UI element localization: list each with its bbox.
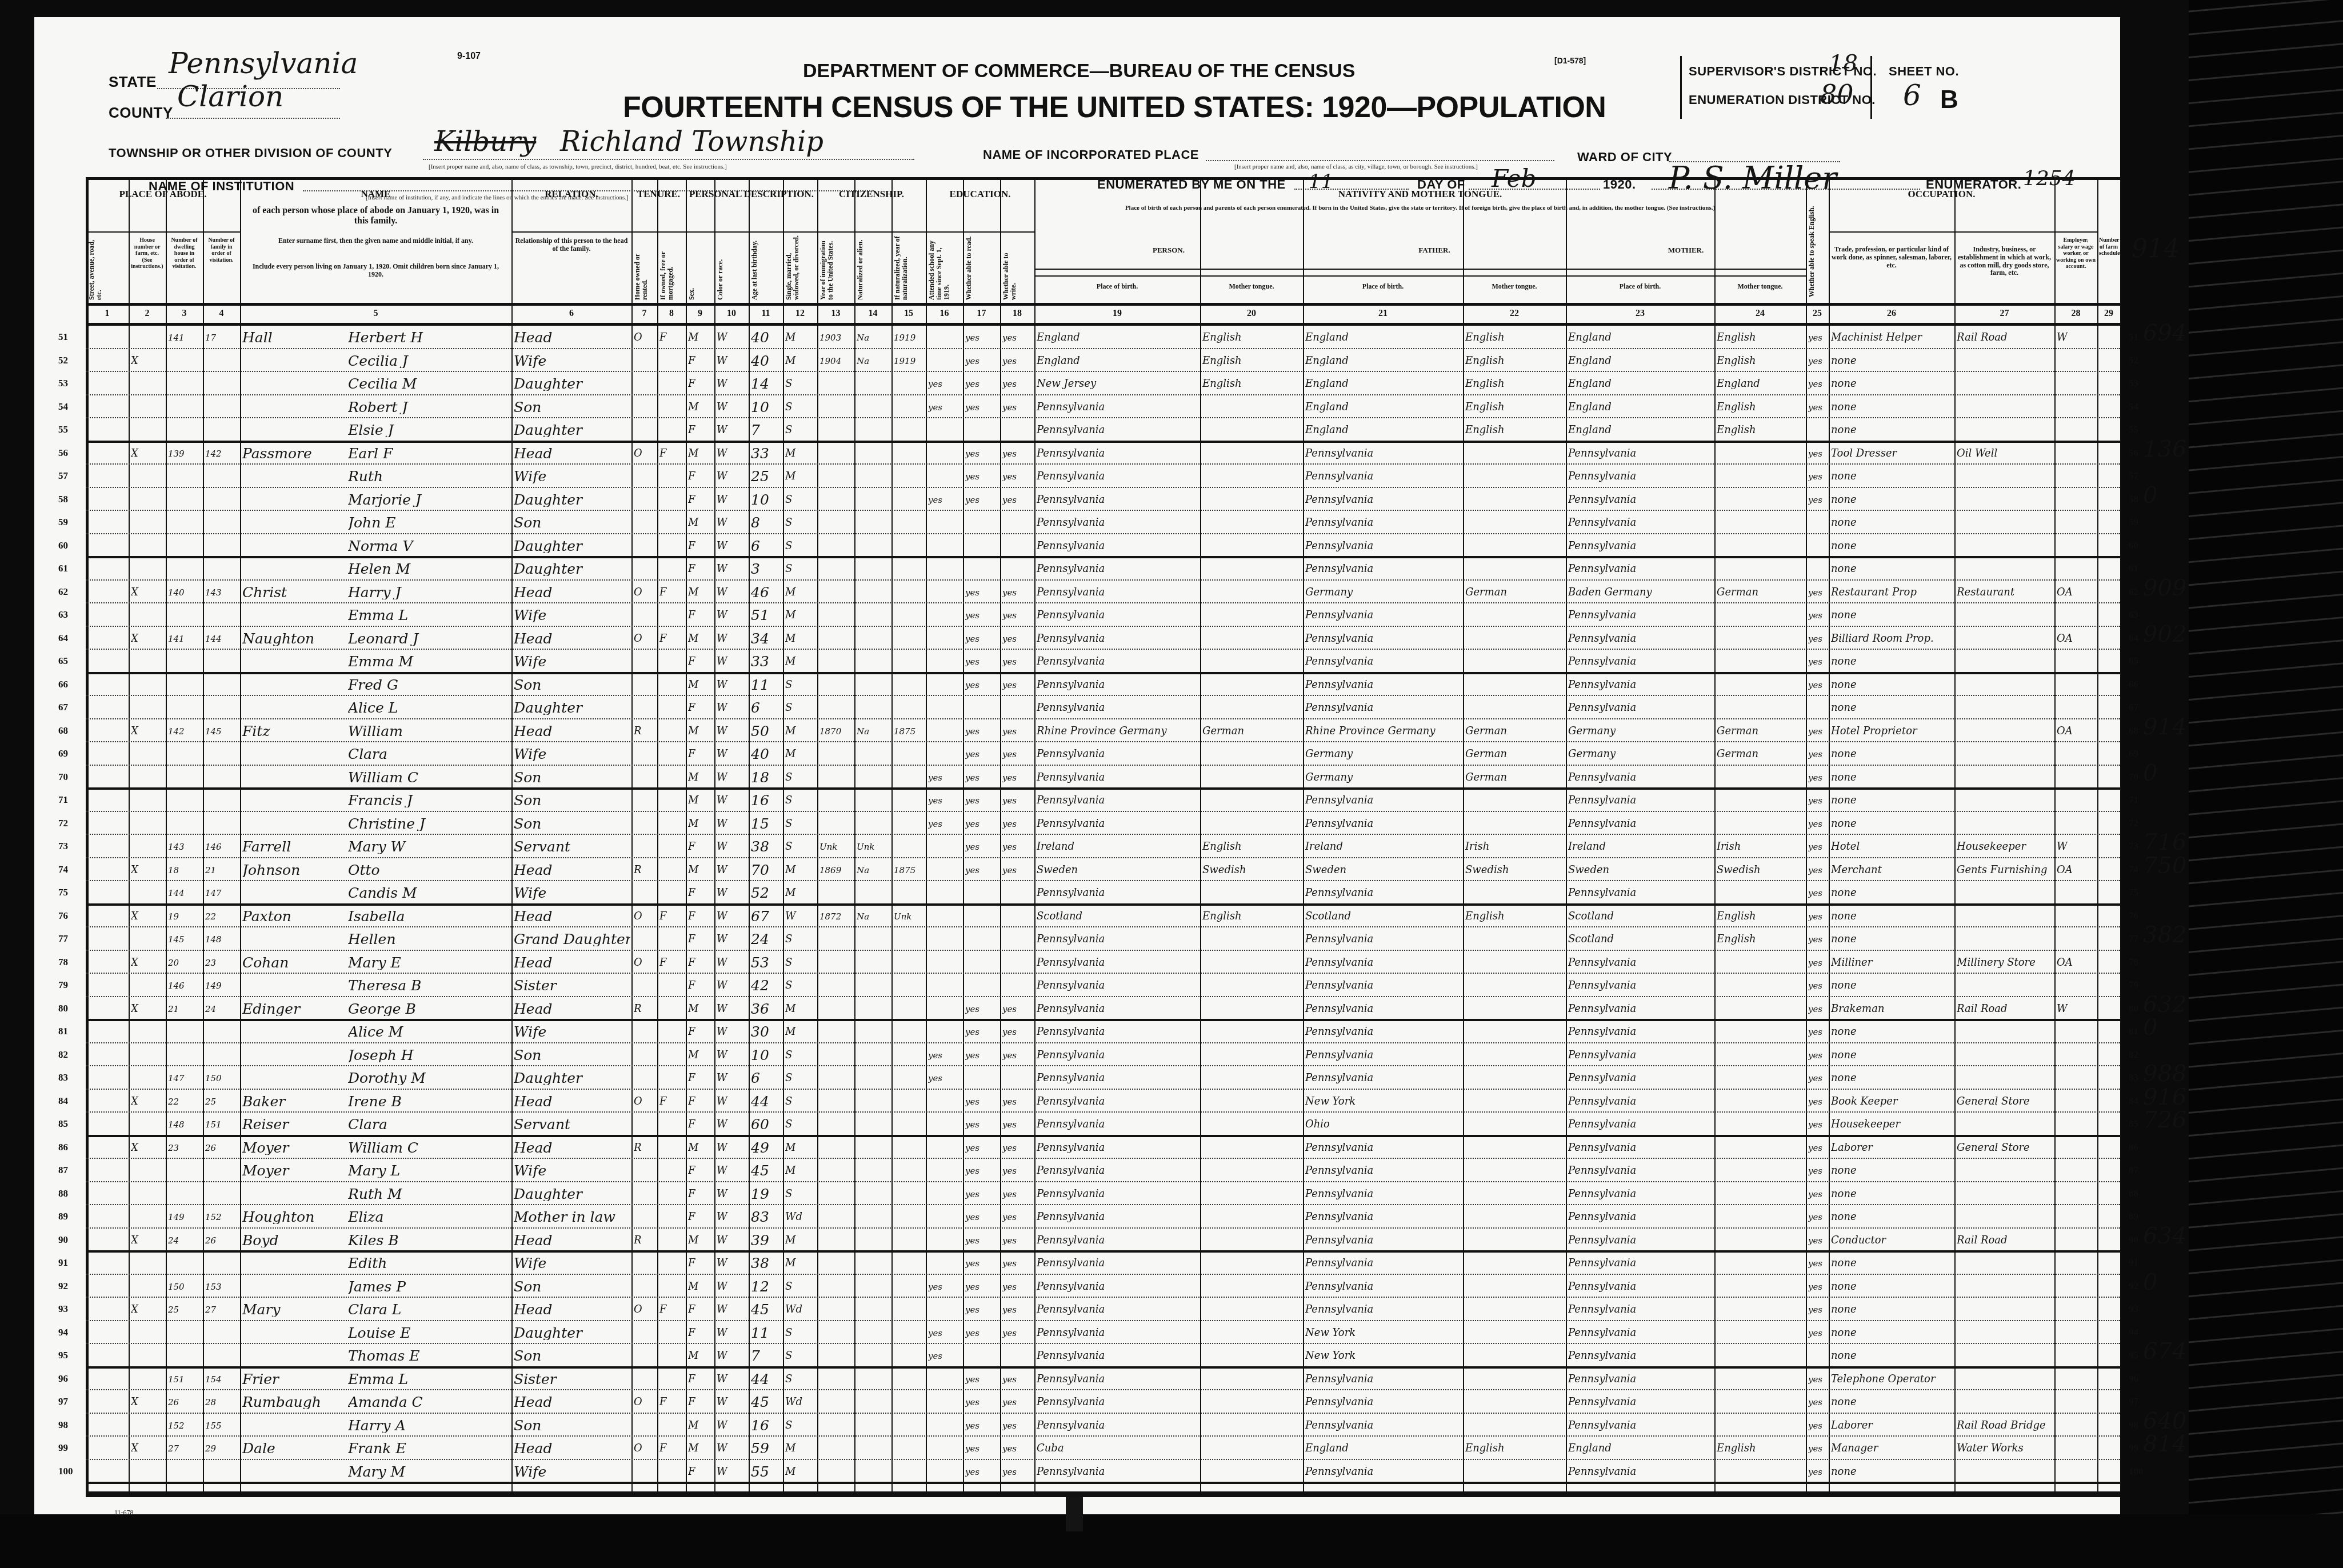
row-race: W [717, 1235, 747, 1246]
row-relation: Grand Daughter [514, 932, 630, 946]
row-age: 45 [751, 1395, 782, 1409]
col-desc-c13: Year of immigration to the United States… [819, 234, 852, 300]
line-number-left: 70 [58, 771, 68, 783]
row-write: yes [1002, 473, 1033, 481]
row-surname: Houghton [242, 1210, 347, 1224]
row-rule [86, 602, 2120, 603]
row-relation: Head [514, 1395, 630, 1409]
row-given: Theresa B [348, 978, 510, 993]
row-nat: Na [857, 913, 890, 921]
table-bottom-rule [86, 1491, 2120, 1494]
row-ftongue: Irish [1465, 842, 1565, 852]
line-number: 74 [2129, 864, 2138, 875]
row-rule [86, 510, 2120, 511]
row-rule [86, 1135, 2120, 1137]
row-given: Irene B [348, 1094, 510, 1109]
column-number: 4 [203, 309, 240, 319]
row-given: Robert J [348, 400, 510, 414]
row-read: yes [965, 1190, 999, 1199]
row-sex: M [688, 773, 713, 783]
row-age: 10 [751, 493, 782, 507]
row-pob: Pennsylvania [1037, 1119, 1199, 1130]
row-given: Francis J [348, 793, 510, 807]
row-english: yes [1808, 982, 1828, 990]
row-marital: S [785, 1119, 816, 1130]
row-pob: England [1037, 356, 1199, 366]
col-desc-c28: Employer, salary or wage worker, or work… [2056, 237, 2096, 270]
row-ftongue: English [1465, 911, 1565, 922]
row-mpob: Pennsylvania [1568, 1050, 1713, 1061]
row-fpob: England [1305, 1443, 1462, 1454]
col-desc-c6: Relationship of this person to the head … [513, 237, 630, 253]
row-pob: Rhine Province Germany [1037, 726, 1199, 737]
row-rule [86, 348, 2120, 349]
row-own: O [634, 958, 656, 968]
row-dwelling: 19 [168, 913, 202, 921]
row-pob: Pennsylvania [1037, 1421, 1199, 1431]
row-mort: F [659, 1097, 685, 1107]
row-mtongue: German [1717, 587, 1805, 598]
row-mpob: Pennsylvania [1568, 564, 1713, 574]
row-race: W [717, 1374, 747, 1385]
row-trade: none [1831, 1258, 1953, 1269]
row-pob: Pennsylvania [1037, 819, 1199, 829]
row-english: yes [1808, 1074, 1828, 1083]
line-number-left: 75 [58, 887, 68, 898]
row-trade: Hotel Proprietor [1831, 726, 1953, 737]
row-write: yes [1002, 1167, 1033, 1175]
row-surname: Frier [242, 1372, 347, 1386]
row-dwelling: 142 [168, 727, 202, 736]
row-mpob: Sweden [1568, 865, 1713, 875]
row-trade: none [1831, 1467, 1953, 1477]
row-dwelling: 150 [168, 1283, 202, 1291]
row-fpob: England [1305, 425, 1462, 435]
row-english: yes [1808, 1329, 1828, 1338]
column-rule [2120, 177, 2121, 1491]
row-read: yes [965, 589, 999, 597]
row-given: Frank E [348, 1441, 510, 1455]
row-mpob: Pennsylvania [1568, 1258, 1713, 1269]
row-write: yes [1002, 1445, 1033, 1453]
row-mpob: Pennsylvania [1568, 1397, 1713, 1407]
row-own: R [634, 1004, 656, 1014]
column-number: 3 [166, 309, 203, 319]
row-mark: X [131, 449, 165, 459]
township-struck: Kilbury [434, 126, 536, 158]
row-trade: none [1831, 934, 1953, 945]
column-number: 25 [1806, 309, 1829, 319]
row-marital: S [785, 564, 816, 574]
row-marital: S [785, 981, 816, 991]
row-ftongue: German [1465, 773, 1565, 783]
row-given: Leonard J [348, 631, 510, 646]
row-dwelling: 145 [168, 935, 202, 944]
row-given: Christine J [348, 817, 510, 831]
row-surname: Hall [242, 330, 347, 345]
row-given: Kiles B [348, 1233, 510, 1247]
row-pob: Ireland [1037, 842, 1199, 852]
row-marital: Wd [785, 1397, 816, 1407]
row-trade: Tool Dresser [1831, 449, 1953, 459]
row-marital: S [785, 402, 816, 413]
row-given: Clara L [348, 1302, 510, 1317]
line-number-left: 91 [58, 1257, 68, 1269]
form-code: [D1-578] [1554, 56, 1586, 65]
row-dwelling: 149 [168, 1213, 202, 1222]
line-number-left: 96 [58, 1373, 68, 1385]
column-group-personal: PERSONAL DESCRIPTION. [686, 189, 817, 200]
row-relation: Wife [514, 886, 630, 900]
row-mpob: Germany [1568, 749, 1713, 759]
row-mtongue: English [1717, 934, 1805, 945]
row-english: yes [1808, 1468, 1828, 1477]
row-mpob: Pennsylvania [1568, 1421, 1713, 1431]
row-relation: Son [514, 770, 630, 785]
row-pob: Sweden [1037, 865, 1199, 875]
row-rule [86, 672, 2120, 674]
row-emp: OA [2057, 587, 2096, 598]
row-english: yes [1808, 935, 1828, 944]
row-immig: 1870 [819, 727, 853, 736]
row-write: yes [1002, 1098, 1033, 1106]
row-marital: M [785, 1235, 816, 1246]
row-fpob: Pennsylvania [1305, 518, 1462, 528]
row-natyr: 1919 [894, 334, 925, 342]
line-number: 82 [2129, 1049, 2138, 1061]
row-write: yes [1002, 380, 1033, 389]
row-mtongue: German [1717, 749, 1805, 759]
row-marital: M [785, 634, 816, 644]
row-mpob: Pennsylvania [1568, 634, 1713, 644]
row-trade: Merchant [1831, 865, 1953, 875]
row-mpob: Pennsylvania [1568, 1328, 1713, 1338]
row-sex: M [688, 1050, 713, 1061]
row-write: yes [1002, 727, 1033, 736]
row-mpob: Pennsylvania [1568, 1073, 1713, 1083]
sheet-side: B [1940, 86, 1958, 114]
row-rule [86, 649, 2120, 650]
margin-annotation: 0 [2143, 1014, 2157, 1041]
row-sex: F [688, 356, 713, 366]
row-age: 55 [751, 1465, 782, 1479]
row-relation: Son [514, 400, 630, 414]
row-trade: Hotel [1831, 842, 1953, 852]
row-write: yes [1002, 1144, 1033, 1153]
line-number-left: 69 [58, 748, 68, 759]
margin-annotation: 632 [2143, 991, 2186, 1018]
row-immig: 1872 [819, 913, 853, 921]
column-number: 20 [1200, 309, 1303, 319]
column-group-abode: PLACE OF ABODE. [86, 189, 240, 200]
row-sex: M [688, 449, 713, 459]
row-mpob: Scotland [1568, 934, 1713, 945]
col-desc-c10: Color or race. [717, 234, 746, 300]
header-rule [86, 323, 2120, 326]
row-pob: Pennsylvania [1037, 634, 1199, 644]
row-mtongue: English [1717, 333, 1805, 343]
row-write: yes [1002, 820, 1033, 829]
line-number-left: 62 [58, 586, 68, 598]
row-age: 42 [751, 978, 782, 993]
row-dwelling: 152 [168, 1422, 202, 1430]
row-trade: none [1831, 1050, 1953, 1061]
row-race: W [717, 1443, 747, 1454]
line-number: 100 [2129, 1466, 2144, 1477]
row-pob: Pennsylvania [1037, 981, 1199, 991]
row-age: 53 [751, 955, 782, 970]
group-rule [1034, 269, 1806, 270]
row-write: yes [1002, 843, 1033, 851]
row-rule [86, 626, 2120, 627]
row-read: yes [965, 1329, 999, 1338]
row-dwelling: 146 [168, 982, 202, 990]
line-number: 71 [2129, 794, 2138, 806]
row-pob: Pennsylvania [1037, 1374, 1199, 1385]
row-mpob: Pennsylvania [1568, 1143, 1713, 1153]
row-fpob: Pennsylvania [1305, 1143, 1462, 1153]
row-mort: F [659, 333, 685, 343]
row-age: 50 [751, 724, 782, 738]
row-mtongue: Swedish [1717, 865, 1805, 875]
margin-annotation: 716 [2143, 829, 2186, 855]
row-fpob: Pennsylvania [1305, 1235, 1462, 1246]
row-fpob: Pennsylvania [1305, 1467, 1462, 1477]
row-english: yes [1808, 589, 1828, 597]
row-given: Dorothy M [348, 1071, 510, 1085]
column-number: 11 [749, 309, 783, 319]
line-number-left: 77 [58, 933, 68, 945]
row-pob: Pennsylvania [1037, 1467, 1199, 1477]
row-mpob: Pennsylvania [1568, 1351, 1713, 1361]
column-group-nativity: NATIVITY AND MOTHER TONGUE. [1034, 189, 1806, 200]
row-marital: S [785, 425, 816, 435]
row-mtongue: Irish [1717, 842, 1805, 852]
row-fpob: Pennsylvania [1305, 795, 1462, 806]
row-read: yes [965, 1121, 999, 1129]
margin-annotation: 750 [2143, 853, 2186, 879]
line-number: 73 [2129, 841, 2138, 852]
row-tongue: English [1202, 842, 1302, 852]
row-race: W [717, 634, 747, 644]
row-pob: Pennsylvania [1037, 449, 1199, 459]
row-fpob: Pennsylvania [1305, 1166, 1462, 1176]
row-write: yes [1002, 611, 1033, 620]
row-sex: F [688, 1212, 713, 1222]
row-mpob: Ireland [1568, 842, 1713, 852]
row-trade: Milliner [1831, 958, 1953, 968]
line-number-left: 66 [58, 679, 68, 690]
line-number: 80 [2129, 1003, 2138, 1014]
row-fpob: Pennsylvania [1305, 934, 1462, 945]
row-read: yes [965, 1051, 999, 1060]
line-number-left: 95 [58, 1350, 68, 1361]
row-rule [86, 1204, 2120, 1205]
row-english: yes [1808, 889, 1828, 898]
row-own: O [634, 1397, 656, 1407]
line-number-left: 61 [58, 563, 68, 574]
state-label: STATE [109, 73, 157, 91]
row-relation: Servant [514, 1117, 630, 1131]
row-english: yes [1808, 334, 1828, 342]
line-number: 97 [2129, 1396, 2138, 1407]
row-marital: M [785, 865, 816, 875]
row-family: 26 [205, 1144, 239, 1153]
row-race: W [717, 680, 747, 690]
row-read: yes [965, 496, 999, 505]
margin-annotation: 674 [2143, 1338, 2186, 1365]
row-given: Herbert H [348, 330, 510, 345]
row-rule [86, 1250, 2120, 1253]
row-rule [86, 1089, 2120, 1090]
top-margin-note: 914 [2132, 234, 2180, 263]
row-dwelling: 143 [168, 843, 202, 851]
row-relation: Son [514, 678, 630, 692]
column-group-citizenship: CITIZENSHIP. [817, 189, 926, 200]
row-race: W [717, 1097, 747, 1107]
row-given: Marjorie J [348, 493, 510, 507]
row-fpob: Pennsylvania [1305, 610, 1462, 621]
margin-annotation: 136 [2143, 436, 2186, 462]
row-pob: Pennsylvania [1037, 749, 1199, 759]
row-given: Louise E [348, 1326, 510, 1340]
row-race: W [717, 1166, 747, 1176]
line-number-left: 94 [58, 1327, 68, 1338]
row-sex: M [688, 1443, 713, 1454]
row-rule [86, 487, 2120, 488]
row-trade: Telephone Operator [1831, 1374, 1953, 1385]
row-pob: Pennsylvania [1037, 1143, 1199, 1153]
row-family: 26 [205, 1237, 239, 1245]
row-trade: none [1831, 495, 1953, 505]
row-rule [86, 1158, 2120, 1159]
row-marital: S [785, 1421, 816, 1431]
row-fpob: Sweden [1305, 865, 1462, 875]
row-mpob: Pennsylvania [1568, 703, 1713, 713]
row-school: yes [928, 774, 962, 782]
row-english: yes [1808, 750, 1828, 759]
line-number-left: 79 [58, 979, 68, 991]
row-relation: Head [514, 1441, 630, 1455]
col-desc-c22: Mother tongue. [1465, 283, 1564, 291]
row-mpob: England [1568, 356, 1713, 366]
row-fpob: Pennsylvania [1305, 1073, 1462, 1083]
row-sex: F [688, 1258, 713, 1269]
row-mpob: Pennsylvania [1568, 888, 1713, 898]
row-english: yes [1808, 797, 1828, 805]
row-school: yes [928, 403, 962, 412]
row-trade: none [1831, 1351, 1953, 1361]
row-mpob: Baden Germany [1568, 587, 1713, 598]
row-dwelling: 148 [168, 1121, 202, 1129]
row-rule [86, 371, 2120, 372]
line-number-left: 68 [58, 725, 68, 737]
row-dwelling: 147 [168, 1074, 202, 1083]
row-read: yes [965, 727, 999, 736]
group-rule [817, 231, 926, 233]
column-number: 15 [891, 309, 926, 319]
row-mark: X [131, 911, 165, 922]
column-group-name: NAME [240, 189, 511, 200]
row-age: 83 [751, 1210, 782, 1224]
row-marital: S [785, 518, 816, 528]
row-pob: Pennsylvania [1037, 425, 1199, 435]
line-number: 96 [2129, 1373, 2138, 1385]
row-relation: Servant [514, 839, 630, 854]
row-marital: M [785, 1258, 816, 1269]
row-relation: Wife [514, 747, 630, 761]
row-sex: F [688, 471, 713, 482]
row-race: W [717, 1073, 747, 1083]
line-number-left: 73 [58, 841, 68, 852]
row-sex: F [688, 749, 713, 759]
row-read: yes [965, 866, 999, 875]
line-number: 68 [2129, 725, 2138, 737]
row-relation: Head [514, 585, 630, 599]
row-relation: Mother in law [514, 1210, 630, 1224]
incorporated-note: [Insert proper name and, also, name of c… [1234, 163, 1478, 170]
row-sex: M [688, 726, 713, 737]
row-age: 44 [751, 1372, 782, 1386]
row-dwelling: 20 [168, 959, 202, 967]
row-write: yes [1002, 450, 1033, 458]
row-fpob: Pennsylvania [1305, 1282, 1462, 1292]
column-subgroup-person: PERSON. [1034, 246, 1303, 255]
row-emp: W [2057, 842, 2096, 852]
row-read: yes [965, 1237, 999, 1245]
row-industry: Gents Furnishing [1957, 865, 2053, 875]
row-relation: Daughter [514, 423, 630, 437]
column-number: 6 [511, 309, 631, 319]
row-race: W [717, 425, 747, 435]
row-read: yes [965, 774, 999, 782]
row-sex: M [688, 518, 713, 528]
row-dwelling: 151 [168, 1375, 202, 1384]
row-age: 8 [751, 515, 782, 530]
line-number-left: 67 [58, 702, 68, 713]
row-race: W [717, 1004, 747, 1014]
row-trade: none [1831, 657, 1953, 667]
row-english: yes [1808, 635, 1828, 643]
row-mtongue: English [1717, 402, 1805, 413]
row-relation: Wife [514, 608, 630, 622]
row-english: yes [1808, 611, 1828, 620]
row-emp: OA [2057, 634, 2096, 644]
row-write: yes [1002, 1283, 1033, 1291]
row-marital: W [785, 911, 816, 922]
row-relation: Daughter [514, 377, 630, 391]
row-relation: Wife [514, 469, 630, 483]
row-write: yes [1002, 1422, 1033, 1430]
row-mort: F [659, 634, 685, 644]
row-mpob: Germany [1568, 726, 1713, 737]
row-pob: Pennsylvania [1037, 703, 1199, 713]
row-surname: Reiser [242, 1117, 347, 1131]
row-write: yes [1002, 1051, 1033, 1060]
column-group-relation: RELATION. [511, 189, 631, 200]
row-race: W [717, 449, 747, 459]
row-relation: Son [514, 793, 630, 807]
row-read: yes [965, 1445, 999, 1453]
row-industry: Millinery Store [1957, 958, 2053, 968]
group-rule [86, 231, 240, 233]
column-number: 9 [686, 309, 714, 319]
line-number: 92 [2129, 1281, 2138, 1292]
row-ftongue: English [1465, 333, 1565, 343]
row-family: 148 [205, 935, 239, 944]
row-pob: Pennsylvania [1037, 471, 1199, 482]
row-mpob: Pennsylvania [1568, 1189, 1713, 1199]
